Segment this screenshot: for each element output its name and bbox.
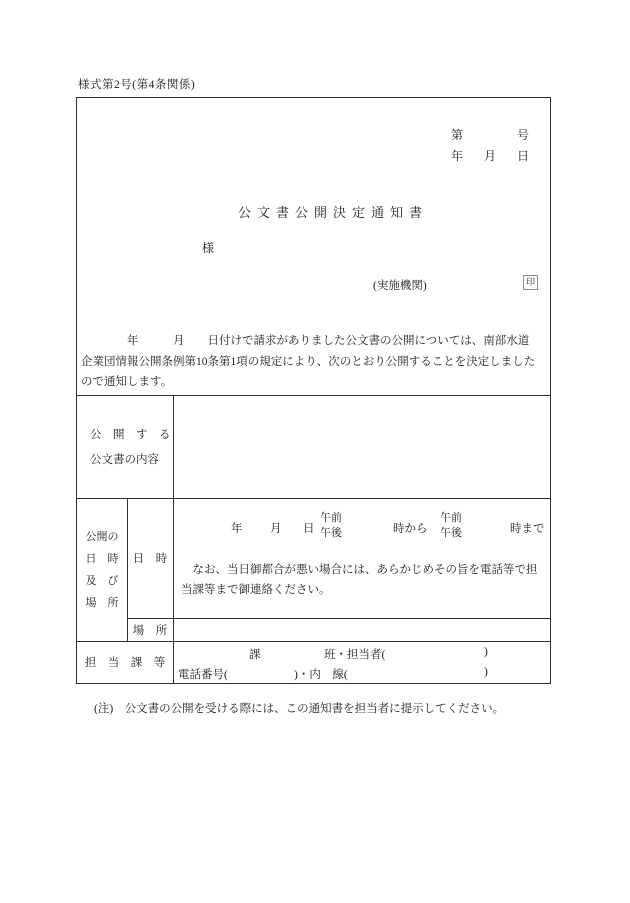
row-content-header-line2: 公文書の内容 bbox=[90, 451, 173, 467]
doc-number-line: 第 号 bbox=[451, 125, 529, 146]
place-value-cell bbox=[173, 618, 552, 641]
course-suffix-label: 課 bbox=[249, 646, 261, 662]
dt-month-label: 月 bbox=[270, 520, 282, 536]
row-content-header-line1: 公 開 す る bbox=[90, 426, 173, 442]
footnote: (注) 公文書の公開を受ける際には、この通知書を担当者に提示してください。 bbox=[94, 700, 504, 716]
doc-date-line: 年 月 日 bbox=[451, 146, 529, 167]
extension-paren-close: ) bbox=[484, 666, 488, 678]
row-datetime-place-header: 公開の 日 時 及 び 場 所 bbox=[77, 498, 127, 641]
group-label-line1: 公開の bbox=[86, 526, 119, 548]
date-year-label: 年 bbox=[451, 146, 463, 167]
dt-hour-to-label: 時まで bbox=[510, 520, 545, 536]
date-day-label: 日 bbox=[517, 146, 529, 167]
doc-number-prefix: 第 bbox=[451, 125, 463, 146]
datetime-note: なお、当日御都合が悪い場合には、あらかじめその旨を電話等で担 当課等まで御連絡く… bbox=[181, 560, 543, 600]
notice-form-page: 様式第2号(第4条関係) 第 号 年 月 日 公文書公開決定通知書 様 (実施機… bbox=[0, 0, 630, 903]
datetime-subheader: 日 時 bbox=[127, 498, 173, 618]
doc-number-suffix: 号 bbox=[517, 125, 529, 146]
datetime-fields-line: 年 月 日 午前 午後 時から 午前 午後 時まで bbox=[173, 506, 552, 550]
doc-number-date-block: 第 号 年 月 日 bbox=[451, 125, 529, 167]
group-label-line2: 日 時 bbox=[86, 548, 119, 570]
document-title: 公文書公開決定通知書 bbox=[238, 202, 428, 221]
row-content-value-cell bbox=[173, 395, 552, 498]
dt-year-label: 年 bbox=[231, 520, 243, 536]
dt-ampm-from-label: 午前 午後 bbox=[320, 511, 342, 541]
date-month-label: 月 bbox=[484, 146, 496, 167]
notice-document-box: 第 号 年 月 日 公文書公開決定通知書 様 (実施機関) 印 年 月 日付けで… bbox=[76, 97, 551, 684]
intro-paragraph: 年 月 日付けで請求がありました公文書の公開については、南部水道 企業団情報公開… bbox=[81, 331, 548, 393]
addressee-suffix-label: 様 bbox=[202, 239, 214, 256]
place-subheader: 場 所 bbox=[127, 618, 173, 641]
seal-mark: 印 bbox=[523, 275, 538, 290]
dt-ampm-to-label: 午前 午後 bbox=[440, 511, 462, 541]
group-label-line3: 及 び bbox=[86, 570, 119, 592]
dt-hour-from-label: 時から bbox=[393, 520, 428, 536]
section-value-cell: 課 班・担当者( ) 電話番号( )・内 線( ) bbox=[173, 641, 552, 683]
group-label-line4: 場 所 bbox=[86, 592, 119, 614]
datetime-value-cell: 年 月 日 午前 午後 時から 午前 午後 時まで なお、当日御都合が悪い場合に… bbox=[173, 498, 552, 618]
issuing-agency-label: (実施機関) bbox=[373, 277, 427, 293]
extension-label: )・内 線( bbox=[294, 666, 348, 682]
staff-label: 班・担当者( bbox=[324, 646, 385, 662]
phone-label: 電話番号( bbox=[178, 666, 228, 682]
row-section-header: 担 当 課 等 bbox=[77, 641, 173, 683]
row-content-header: 公 開 す る 公文書の内容 bbox=[77, 395, 173, 498]
staff-paren-close: ) bbox=[484, 646, 488, 658]
form-reference-label: 様式第2号(第4条関係) bbox=[78, 76, 195, 92]
dt-day-label: 日 bbox=[303, 520, 315, 536]
